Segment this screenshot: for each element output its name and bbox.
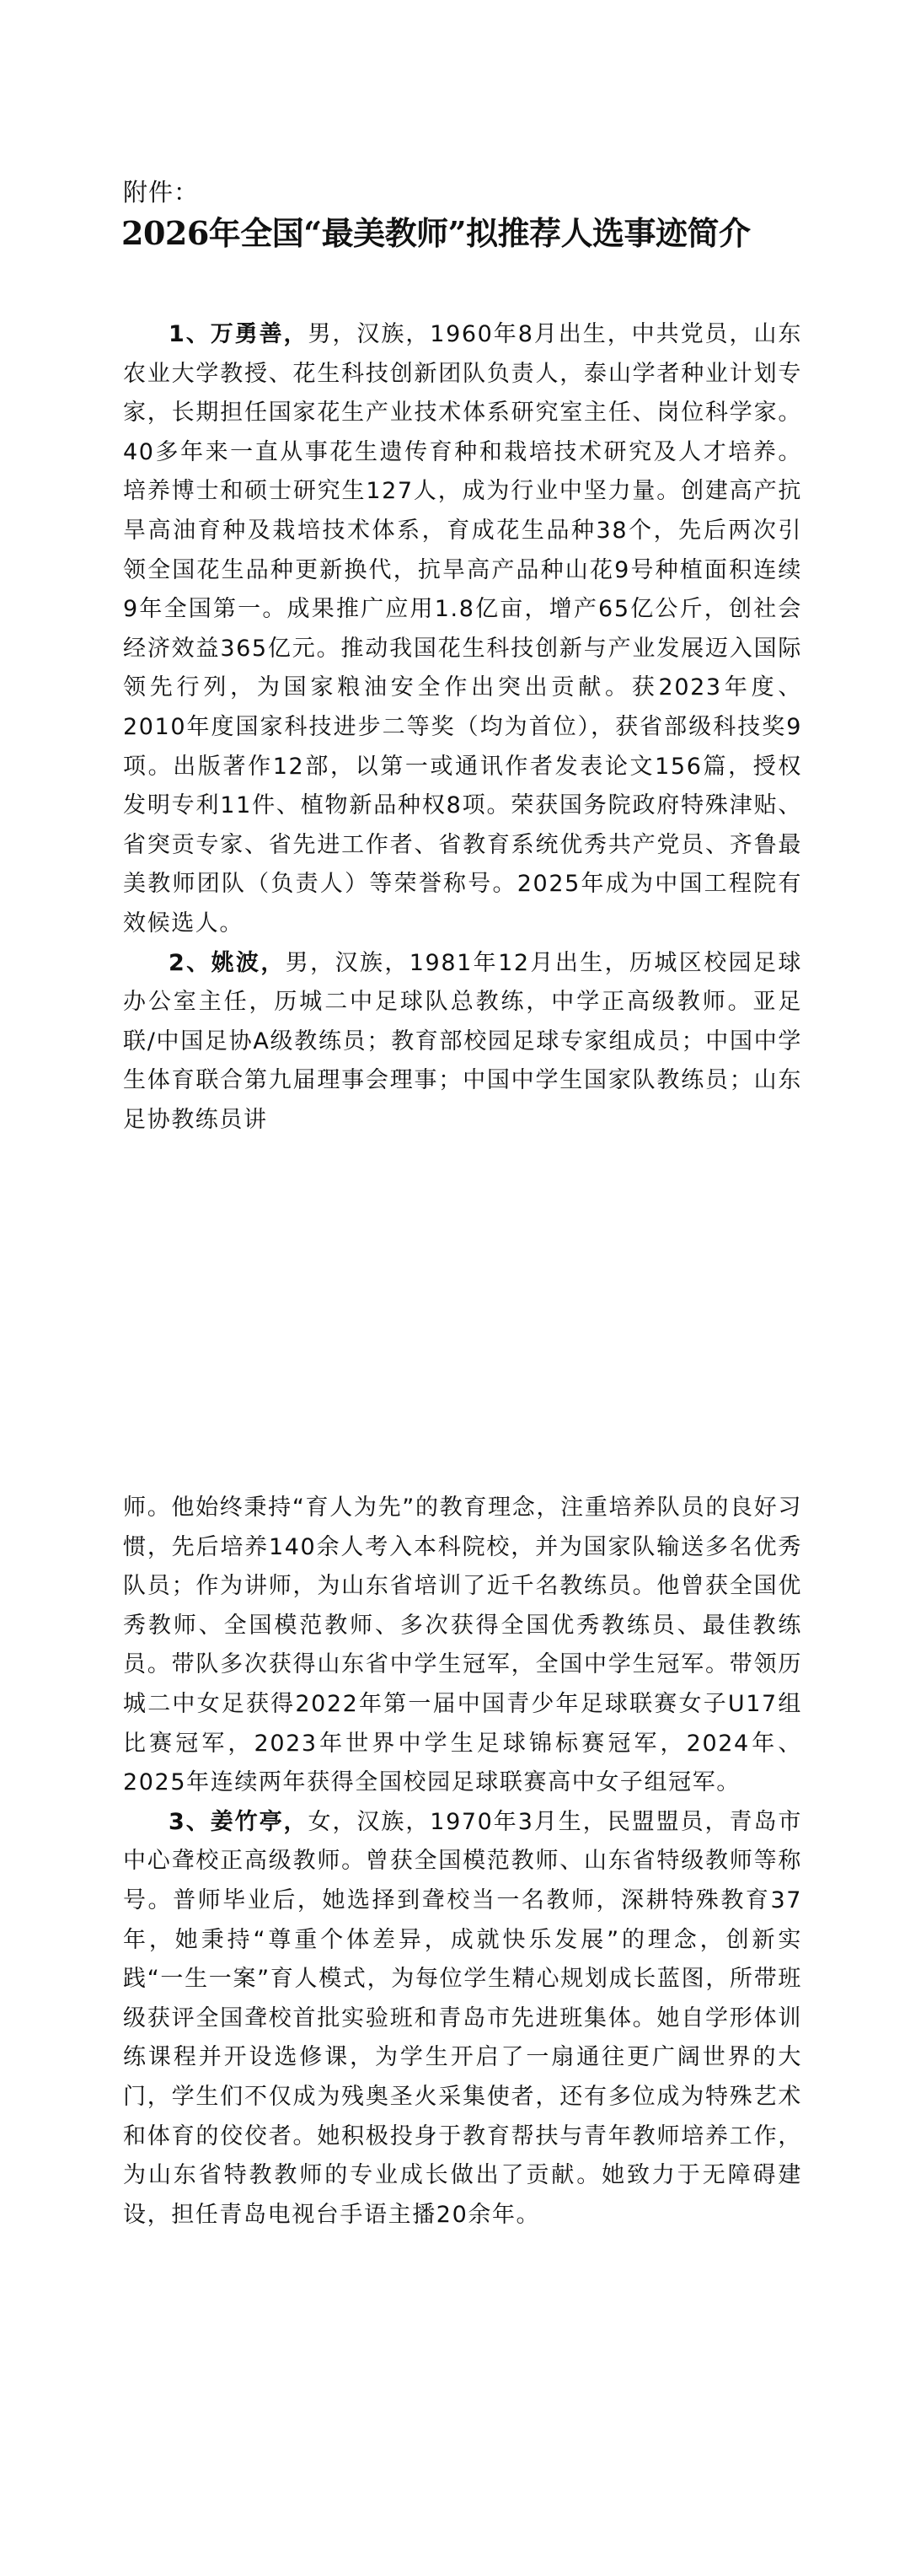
- candidate-name: 1、万勇善，: [169, 321, 308, 347]
- candidate-entry-1: 1、万勇善，男，汉族，1960年8月出生，中共党员，山东农业大学教授、花生科技创…: [123, 315, 802, 944]
- candidate-bio: 男，汉族，1960年8月出生，中共党员，山东农业大学教授、花生科技创新团队负责人…: [123, 321, 802, 936]
- document-page-1: 附件： 2026年全国“最美教师”拟推荐人选事迹简介 1、万勇善，男，汉族，19…: [0, 0, 910, 1239]
- document-page-2: 师。他始终秉持“育人为先”的教育理念，注重培养队员的良好习惯，先后培养140余人…: [0, 1239, 910, 2576]
- candidate-entry-2: 2、姚波，男，汉族，1981年12月出生，历城区校园足球办公室主任，历城二中足球…: [123, 944, 802, 1140]
- candidate-bio: 师。他始终秉持“育人为先”的教育理念，注重培养队员的良好习惯，先后培养140余人…: [123, 1495, 802, 1795]
- candidate-name: 2、姚波，: [169, 950, 286, 976]
- candidates-list: 1、万勇善，男，汉族，1960年8月出生，中共党员，山东农业大学教授、花生科技创…: [123, 315, 802, 1140]
- candidate-name: 3、姜竹亭，: [169, 1809, 308, 1835]
- candidate-bio: 女，汉族，1970年3月生，民盟盟员，青岛市中心聋校正高级教师。曾获全国模范教师…: [123, 1809, 802, 2228]
- document-title: 2026年全国“最美教师”拟推荐人选事迹简介: [121, 207, 812, 254]
- candidate-bio: 男，汉族，1981年12月出生，历城区校园足球办公室主任，历城二中足球队总教练，…: [123, 950, 802, 1133]
- candidate-entry-3: 3、姜竹亭，女，汉族，1970年3月生，民盟盟员，青岛市中心聋校正高级教师。曾获…: [123, 1803, 802, 2235]
- candidates-list-continued: 师。他始终秉持“育人为先”的教育理念，注重培养队员的良好习惯，先后培养140余人…: [123, 1489, 802, 2235]
- candidate-entry-2-continued: 师。他始终秉持“育人为先”的教育理念，注重培养队员的良好习惯，先后培养140余人…: [123, 1489, 802, 1803]
- attachment-label: 附件：: [123, 174, 199, 208]
